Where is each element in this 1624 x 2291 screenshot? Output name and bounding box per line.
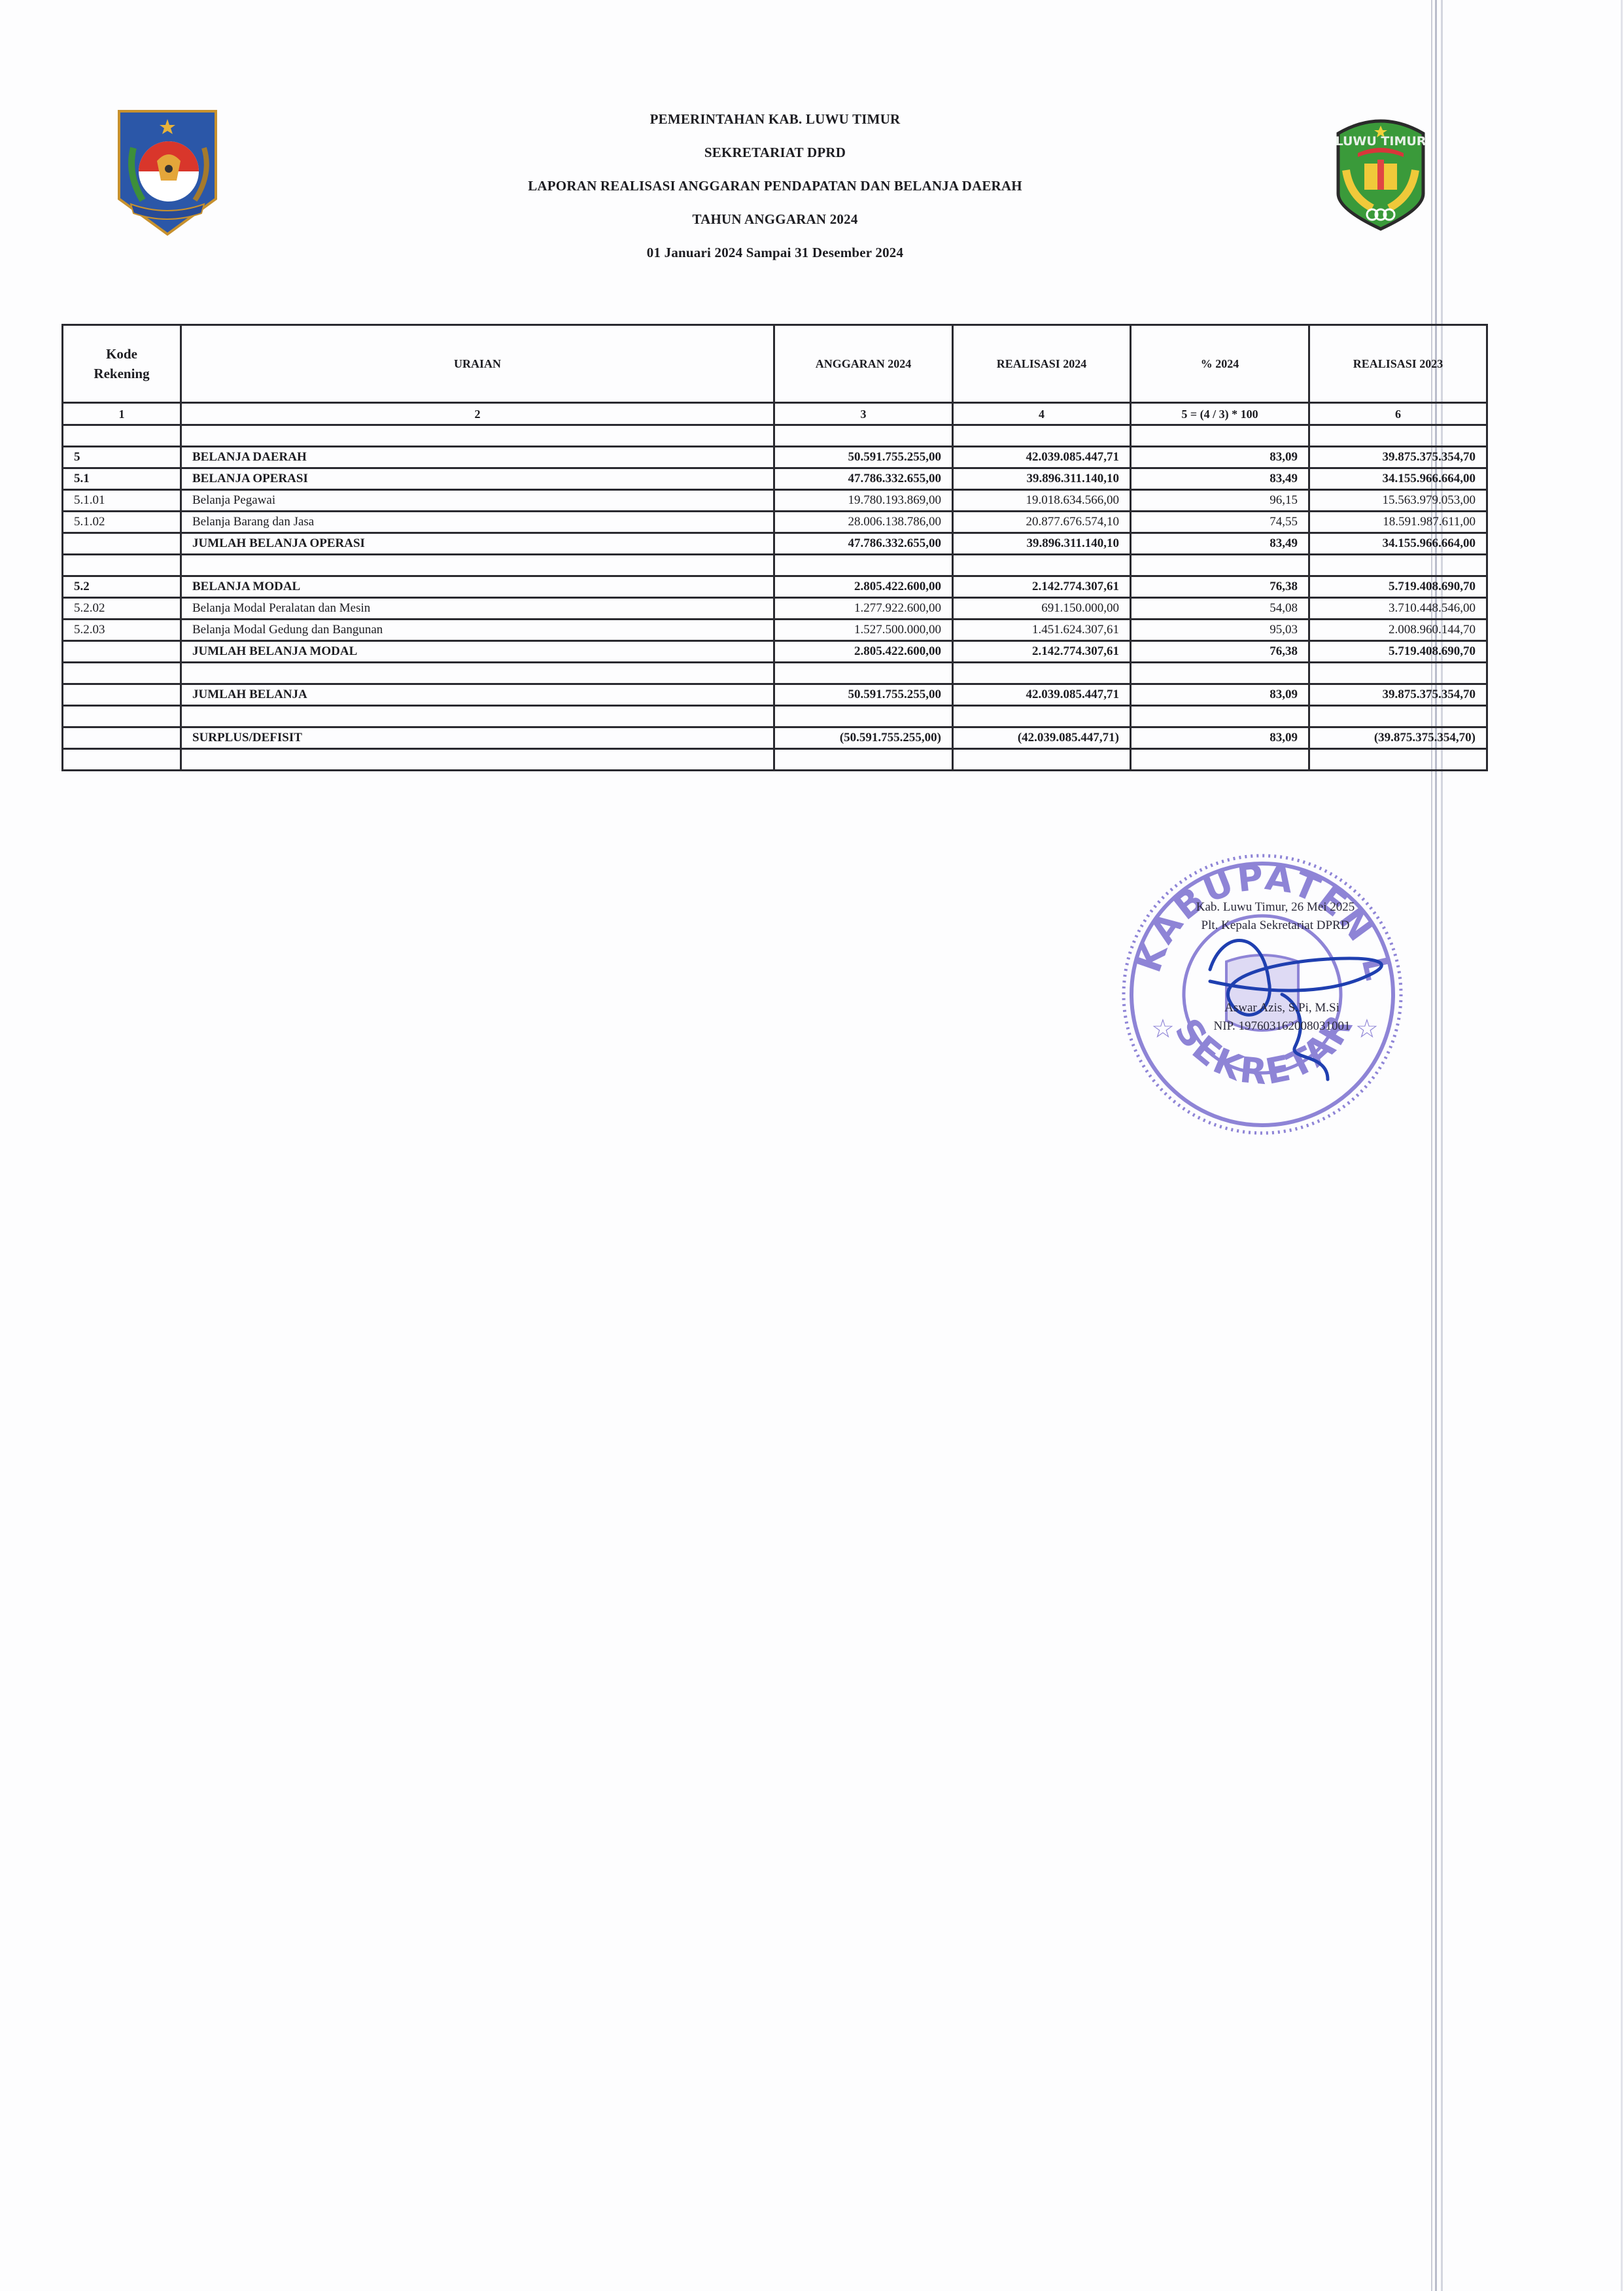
row-realisasi-2023 <box>1309 425 1487 447</box>
row-realisasi-2023 <box>1309 663 1487 684</box>
row-description <box>181 663 774 684</box>
row-realisasi-2024 <box>953 749 1131 771</box>
row-realisasi-2024: 20.877.676.574,10 <box>953 512 1131 533</box>
row-persen-2024 <box>1131 749 1309 771</box>
row-code: 5.1.01 <box>63 490 181 512</box>
row-persen-2024: 76,38 <box>1131 576 1309 598</box>
row-persen-2024: 83,49 <box>1131 468 1309 490</box>
table-row: 5.1.02Belanja Barang dan Jasa28.006.138.… <box>63 512 1487 533</box>
signature-place-date: Kab. Luwu Timur, 26 Mei 2025 <box>1138 900 1413 915</box>
row-realisasi-2023: 5.719.408.690,70 <box>1309 641 1487 663</box>
row-realisasi-2024 <box>953 663 1131 684</box>
heading-government: PEMERINTAHAN KAB. LUWU TIMUR <box>0 111 1550 128</box>
row-code <box>63 727 181 749</box>
row-description <box>181 425 774 447</box>
table-row <box>63 663 1487 684</box>
row-realisasi-2023: 34.155.966.664,00 <box>1309 533 1487 555</box>
row-persen-2024: 83,09 <box>1131 447 1309 468</box>
row-persen-2024 <box>1131 663 1309 684</box>
row-realisasi-2024 <box>953 706 1131 727</box>
column-number-row: 1 2 3 4 5 = (4 / 3) * 100 6 <box>63 403 1487 425</box>
row-description <box>181 555 774 576</box>
table-row: 5BELANJA DAERAH50.591.755.255,0042.039.0… <box>63 447 1487 468</box>
row-realisasi-2024: 19.018.634.566,00 <box>953 490 1131 512</box>
column-header-kode: KodeRekening <box>63 325 181 403</box>
row-anggaran-2024: (50.591.755.255,00) <box>774 727 953 749</box>
column-header-anggaran-2024: ANGGARAN 2024 <box>774 325 953 403</box>
table-row: SURPLUS/DEFISIT(50.591.755.255,00)(42.03… <box>63 727 1487 749</box>
row-code <box>63 641 181 663</box>
row-code: 5.2.03 <box>63 620 181 641</box>
heading-office: SEKRETARIAT DPRD <box>0 145 1550 161</box>
row-anggaran-2024: 1.527.500.000,00 <box>774 620 953 641</box>
row-realisasi-2023: 15.563.979.053,00 <box>1309 490 1487 512</box>
budget-realization-table: KodeRekening URAIAN ANGGARAN 2024 REALIS… <box>61 324 1488 771</box>
row-anggaran-2024: 28.006.138.786,00 <box>774 512 953 533</box>
row-realisasi-2024 <box>953 555 1131 576</box>
row-persen-2024 <box>1131 706 1309 727</box>
table-header-row: KodeRekening URAIAN ANGGARAN 2024 REALIS… <box>63 325 1487 403</box>
row-realisasi-2023: 3.710.448.546,00 <box>1309 598 1487 620</box>
row-code <box>63 425 181 447</box>
row-anggaran-2024 <box>774 706 953 727</box>
row-persen-2024: 76,38 <box>1131 641 1309 663</box>
signature-position: Plt. Kepala Sekretariat DPRD <box>1138 918 1413 933</box>
row-description: Belanja Modal Peralatan dan Mesin <box>181 598 774 620</box>
table-row: JUMLAH BELANJA50.591.755.255,0042.039.08… <box>63 684 1487 706</box>
row-description: JUMLAH BELANJA <box>181 684 774 706</box>
row-realisasi-2023: 18.591.987.611,00 <box>1309 512 1487 533</box>
column-header-uraian: URAIAN <box>181 325 774 403</box>
row-realisasi-2023: 34.155.966.664,00 <box>1309 468 1487 490</box>
row-realisasi-2023: 39.875.375.354,70 <box>1309 684 1487 706</box>
row-description: JUMLAH BELANJA MODAL <box>181 641 774 663</box>
row-code: 5.1 <box>63 468 181 490</box>
row-persen-2024: 74,55 <box>1131 512 1309 533</box>
row-description: BELANJA DAERAH <box>181 447 774 468</box>
row-anggaran-2024 <box>774 425 953 447</box>
row-persen-2024 <box>1131 425 1309 447</box>
row-persen-2024: 83,09 <box>1131 727 1309 749</box>
row-code <box>63 706 181 727</box>
row-realisasi-2023 <box>1309 706 1487 727</box>
row-realisasi-2024: 2.142.774.307,61 <box>953 641 1131 663</box>
table-row <box>63 425 1487 447</box>
column-number: 4 <box>953 403 1131 425</box>
row-description <box>181 706 774 727</box>
row-description: BELANJA OPERASI <box>181 468 774 490</box>
row-realisasi-2024: 2.142.774.307,61 <box>953 576 1131 598</box>
heading-report-title: LAPORAN REALISASI ANGGARAN PENDAPATAN DA… <box>0 178 1550 194</box>
table-row: 5.2.02Belanja Modal Peralatan dan Mesin1… <box>63 598 1487 620</box>
column-number: 1 <box>63 403 181 425</box>
row-description: JUMLAH BELANJA OPERASI <box>181 533 774 555</box>
row-anggaran-2024: 2.805.422.600,00 <box>774 576 953 598</box>
row-realisasi-2024: 42.039.085.447,71 <box>953 447 1131 468</box>
table-row <box>63 706 1487 727</box>
row-code <box>63 555 181 576</box>
row-realisasi-2024: 39.896.311.140,10 <box>953 468 1131 490</box>
column-number: 6 <box>1309 403 1487 425</box>
row-anggaran-2024: 1.277.922.600,00 <box>774 598 953 620</box>
table-row: 5.1BELANJA OPERASI47.786.332.655,0039.89… <box>63 468 1487 490</box>
row-anggaran-2024 <box>774 749 953 771</box>
table-row: JUMLAH BELANJA MODAL2.805.422.600,002.14… <box>63 641 1487 663</box>
row-realisasi-2023 <box>1309 555 1487 576</box>
row-realisasi-2024: 39.896.311.140,10 <box>953 533 1131 555</box>
scan-artifact-line <box>1621 0 1623 2291</box>
column-number: 3 <box>774 403 953 425</box>
row-realisasi-2024: (42.039.085.447,71) <box>953 727 1131 749</box>
row-description: Belanja Pegawai <box>181 490 774 512</box>
row-code <box>63 533 181 555</box>
row-persen-2024: 96,15 <box>1131 490 1309 512</box>
table-row: 5.2.03Belanja Modal Gedung dan Bangunan1… <box>63 620 1487 641</box>
column-number: 2 <box>181 403 774 425</box>
row-realisasi-2024: 42.039.085.447,71 <box>953 684 1131 706</box>
row-code <box>63 684 181 706</box>
column-number: 5 = (4 / 3) * 100 <box>1131 403 1309 425</box>
row-description <box>181 749 774 771</box>
table-row <box>63 749 1487 771</box>
row-code: 5 <box>63 447 181 468</box>
column-header-realisasi-2024: REALISASI 2024 <box>953 325 1131 403</box>
row-persen-2024 <box>1131 555 1309 576</box>
column-header-realisasi-2023: REALISASI 2023 <box>1309 325 1487 403</box>
row-realisasi-2023 <box>1309 749 1487 771</box>
row-description: Belanja Barang dan Jasa <box>181 512 774 533</box>
row-description: Belanja Modal Gedung dan Bangunan <box>181 620 774 641</box>
row-persen-2024: 54,08 <box>1131 598 1309 620</box>
table-row <box>63 555 1487 576</box>
row-anggaran-2024: 47.786.332.655,00 <box>774 533 953 555</box>
row-persen-2024: 83,49 <box>1131 533 1309 555</box>
heading-fiscal-year: TAHUN ANGGARAN 2024 <box>0 211 1550 228</box>
row-realisasi-2023: (39.875.375.354,70) <box>1309 727 1487 749</box>
row-realisasi-2023: 2.008.960.144,70 <box>1309 620 1487 641</box>
row-anggaran-2024 <box>774 663 953 684</box>
row-anggaran-2024 <box>774 555 953 576</box>
row-description: SURPLUS/DEFISIT <box>181 727 774 749</box>
row-code: 5.2 <box>63 576 181 598</box>
row-realisasi-2023: 5.719.408.690,70 <box>1309 576 1487 598</box>
row-realisasi-2024: 691.150.000,00 <box>953 598 1131 620</box>
table-row: JUMLAH BELANJA OPERASI47.786.332.655,003… <box>63 533 1487 555</box>
heading-period: 01 Januari 2024 Sampai 31 Desember 2024 <box>0 245 1550 261</box>
row-persen-2024: 95,03 <box>1131 620 1309 641</box>
row-realisasi-2023: 39.875.375.354,70 <box>1309 447 1487 468</box>
row-description: BELANJA MODAL <box>181 576 774 598</box>
handwritten-signature <box>1112 831 1413 1145</box>
row-code: 5.2.02 <box>63 598 181 620</box>
row-anggaran-2024: 19.780.193.869,00 <box>774 490 953 512</box>
table-row: 5.2BELANJA MODAL2.805.422.600,002.142.77… <box>63 576 1487 598</box>
column-header-persen-2024: % 2024 <box>1131 325 1309 403</box>
row-code <box>63 663 181 684</box>
row-code <box>63 749 181 771</box>
row-anggaran-2024: 47.786.332.655,00 <box>774 468 953 490</box>
row-anggaran-2024: 50.591.755.255,00 <box>774 447 953 468</box>
signature-name: Aswar Azis, S.Pi, M.Si <box>1145 1001 1419 1015</box>
signature-nip: NIP. 197603162008031001 <box>1145 1019 1419 1034</box>
table-row: 5.1.01Belanja Pegawai19.780.193.869,0019… <box>63 490 1487 512</box>
row-realisasi-2024 <box>953 425 1131 447</box>
row-anggaran-2024: 2.805.422.600,00 <box>774 641 953 663</box>
row-realisasi-2024: 1.451.624.307,61 <box>953 620 1131 641</box>
official-stamp: KABUPATEN LUWU TIMUR SEKRETARIAT DPRD ☆ … <box>1112 831 1413 1145</box>
row-code: 5.1.02 <box>63 512 181 533</box>
row-persen-2024: 83,09 <box>1131 684 1309 706</box>
table-body: 5BELANJA DAERAH50.591.755.255,0042.039.0… <box>63 425 1487 771</box>
row-anggaran-2024: 50.591.755.255,00 <box>774 684 953 706</box>
